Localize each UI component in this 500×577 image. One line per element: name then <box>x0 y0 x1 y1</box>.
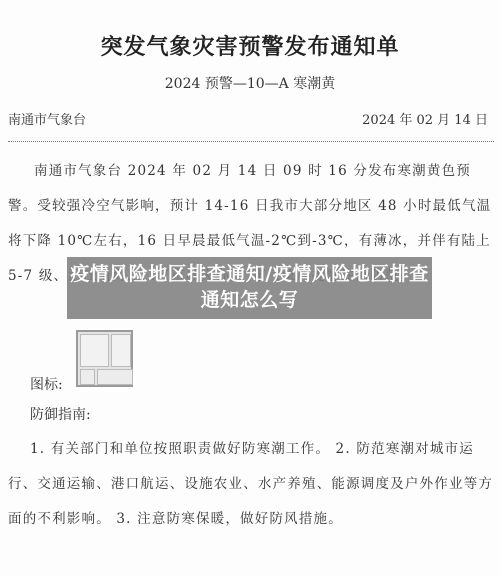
document-page: 突发气象灾害预警发布通知单 2024 预警—10—A 寒潮黄 南通市气象台 20… <box>0 0 500 577</box>
icon-label: 图标: <box>30 374 63 394</box>
icon-bottom-row <box>80 369 131 385</box>
divider <box>8 141 494 142</box>
defense-guide-body: 1. 有关部门和单位按照职责做好防寒潮工作。 2. 防范寒潮对城市运行、交通运输… <box>8 432 494 537</box>
icon-bottom-left-cell <box>80 369 95 385</box>
warning-number: 2024 预警—10—A 寒潮黄 <box>0 73 500 93</box>
icon-text-cell <box>111 334 131 367</box>
overlay-banner: 疫情风险地区排查通知/疫情风险地区排查通知怎么写 <box>67 257 432 319</box>
icon-bottom-right-cell <box>97 369 133 385</box>
document-title: 突发气象灾害预警发布通知单 <box>0 30 500 61</box>
cold-wave-yellow-warning-icon <box>76 330 133 387</box>
icon-graphic-cell <box>80 334 109 367</box>
defense-guide-label: 防御指南: <box>30 404 91 424</box>
overlay-banner-text: 疫情风险地区排查通知/疫情风险地区排查通知怎么写 <box>67 261 432 313</box>
issue-date: 2024 年 02 月 14 日 <box>362 109 488 128</box>
issuer: 南通市气象台 <box>8 109 86 128</box>
